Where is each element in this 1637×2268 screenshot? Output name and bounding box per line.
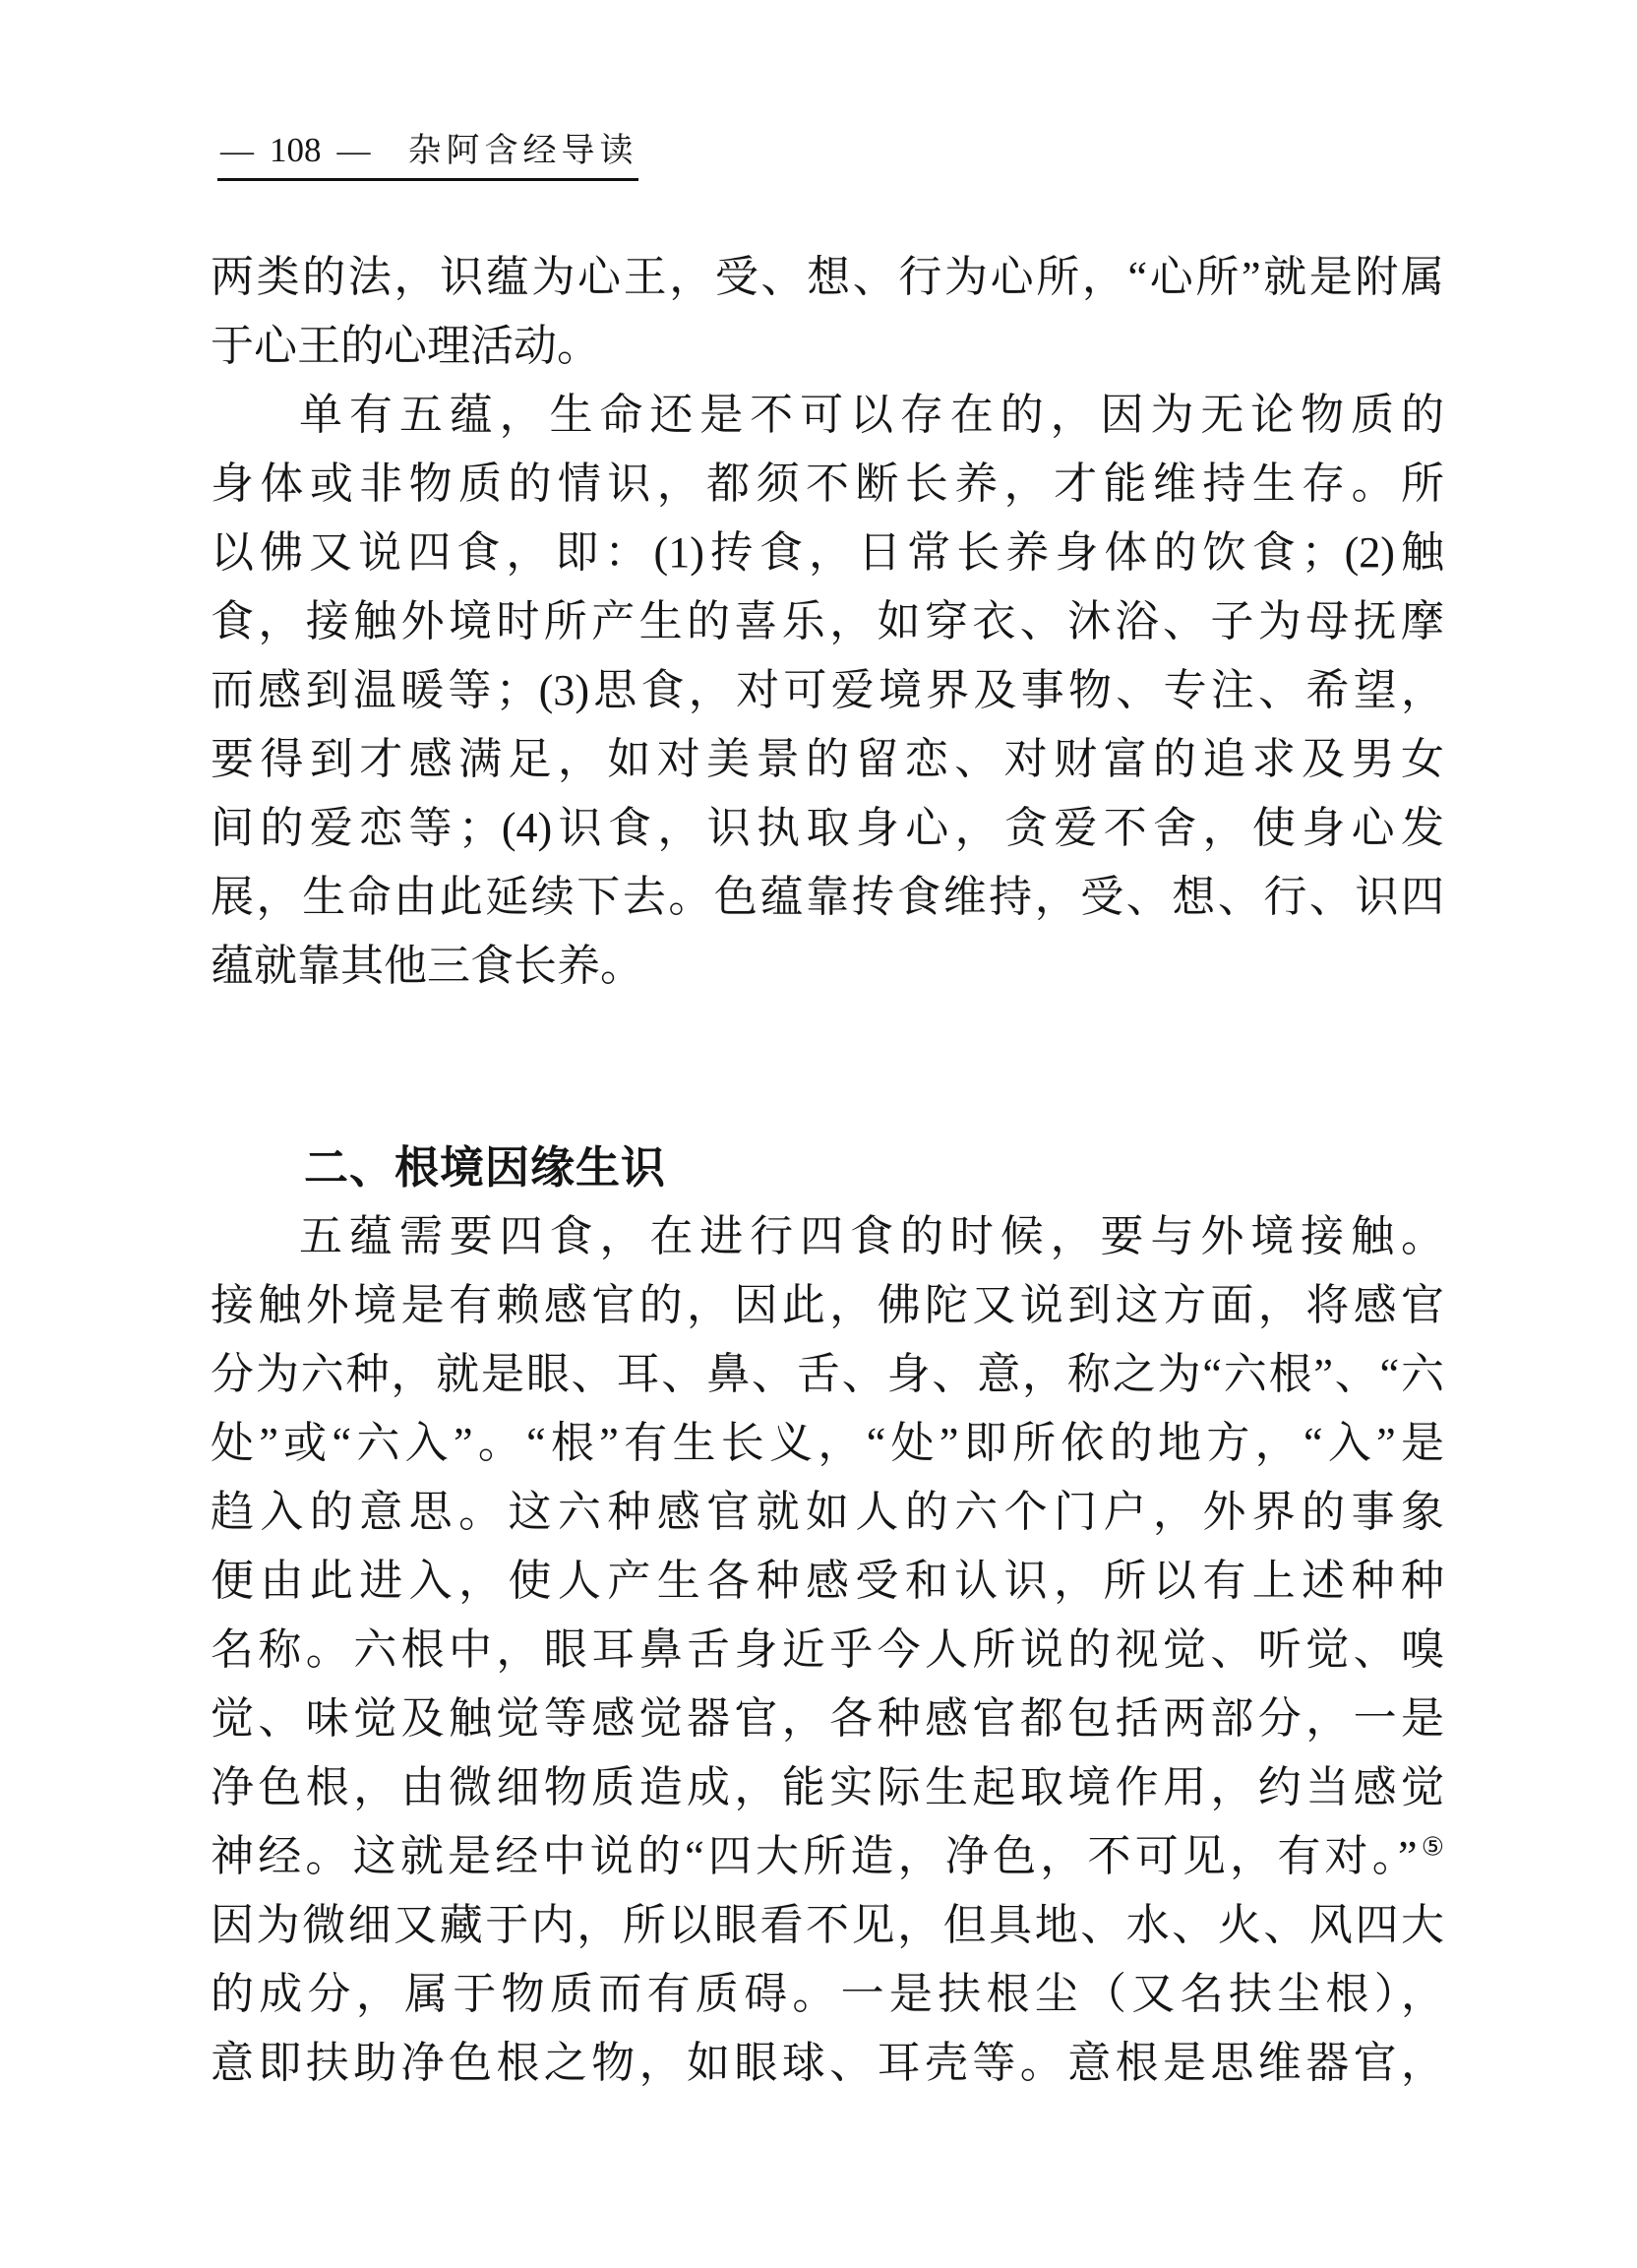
header-dash-left: — bbox=[220, 131, 254, 172]
text-line: 要得到才感满足，如对美景的留恋、对财富的追求及男女 bbox=[211, 725, 1444, 794]
header-rule bbox=[217, 178, 638, 181]
header-dash-right: — bbox=[337, 131, 371, 172]
text-line: 五蕴需要四食，在进行四食的时候，要与外境接触。 bbox=[211, 1202, 1444, 1271]
text-line: 觉、味觉及触觉等感觉器官，各种感官都包括两部分，一是 bbox=[211, 1685, 1444, 1753]
book-page: — 108 — 杂阿含经导读 两类的法，识蕴为心王，受、想、行为心所，“心所”就… bbox=[0, 0, 1637, 2268]
page-body: 两类的法，识蕴为心王，受、想、行为心所，“心所”就是附属于心王的心理活动。单有五… bbox=[211, 243, 1444, 2098]
page-header: — 108 — 杂阿含经导读 bbox=[220, 130, 638, 172]
text-line: 的成分，属于物质而有质碍。一是扶根尘（又名扶尘根）， bbox=[211, 1960, 1444, 2029]
text-line: 两类的法，识蕴为心王，受、想、行为心所，“心所”就是附属 bbox=[211, 243, 1444, 312]
text-line: 蕴就靠其他三食长养。 bbox=[211, 932, 1444, 1001]
text-line: 接触外境是有赖感官的，因此，佛陀又说到这方面，将感官 bbox=[211, 1271, 1444, 1340]
text-line: 身体或非物质的情识，都须不断长养，才能维持生存。所 bbox=[211, 450, 1444, 519]
text-line: 单有五蕴，生命还是不可以存在的，因为无论物质的 bbox=[211, 381, 1444, 450]
section-heading: 二、根境因缘生识 bbox=[211, 1134, 1444, 1202]
page-number: 108 bbox=[270, 130, 322, 171]
text-line: 神经。这就是经中说的“四大所造，净色，不可见，有对。”⑤ bbox=[211, 1822, 1444, 1891]
text-line: 名称。六根中，眼耳鼻舌身近乎今人所说的视觉、听觉、嗅 bbox=[211, 1616, 1444, 1685]
text-line: 分为六种，就是眼、耳、鼻、舌、身、意，称之为“六根”、“六 bbox=[211, 1340, 1444, 1409]
text-line: 展，生命由此延续下去。色蕴靠抟食维持，受、想、行、识四 bbox=[211, 863, 1444, 932]
text-line: 于心王的心理活动。 bbox=[211, 312, 1444, 381]
text-line: 处”或“六入”。“根”有生长义，“处”即所依的地方，“入”是 bbox=[211, 1409, 1444, 1478]
paragraph: 两类的法，识蕴为心王，受、想、行为心所，“心所”就是附属于心王的心理活动。 bbox=[211, 243, 1444, 381]
book-title: 杂阿含经导读 bbox=[408, 131, 638, 172]
text-line: 因为微细又藏于内，所以眼看不见，但具地、水、火、风四大 bbox=[211, 1891, 1444, 1960]
text-line: 便由此进入，使人产生各种感受和认识，所以有上述种种 bbox=[211, 1547, 1444, 1616]
text-line: 以佛又说四食，即：(1)抟食，日常长养身体的饮食；(2)触 bbox=[211, 519, 1444, 587]
text-line: 意即扶助净色根之物，如眼球、耳壳等。意根是思维器官， bbox=[211, 2029, 1444, 2098]
text-line: 食，接触外境时所产生的喜乐，如穿衣、沐浴、子为母抚摩 bbox=[211, 587, 1444, 656]
text-line: 而感到温暖等；(3)思食，对可爱境界及事物、专注、希望， bbox=[211, 656, 1444, 725]
paragraph: 五蕴需要四食，在进行四食的时候，要与外境接触。接触外境是有赖感官的，因此，佛陀又… bbox=[211, 1202, 1444, 2098]
footnote-marker: ⑤ bbox=[1417, 1832, 1444, 1861]
paragraph: 单有五蕴，生命还是不可以存在的，因为无论物质的身体或非物质的情识，都须不断长养，… bbox=[211, 381, 1444, 1001]
text-line: 趋入的意思。这六种感官就如人的六个门户，外界的事象 bbox=[211, 1478, 1444, 1547]
text-line: 间的爱恋等；(4)识食，识执取身心，贪爱不舍，使身心发 bbox=[211, 794, 1444, 863]
text-line: 净色根，由微细物质造成，能实际生起取境作用，约当感觉 bbox=[211, 1753, 1444, 1822]
